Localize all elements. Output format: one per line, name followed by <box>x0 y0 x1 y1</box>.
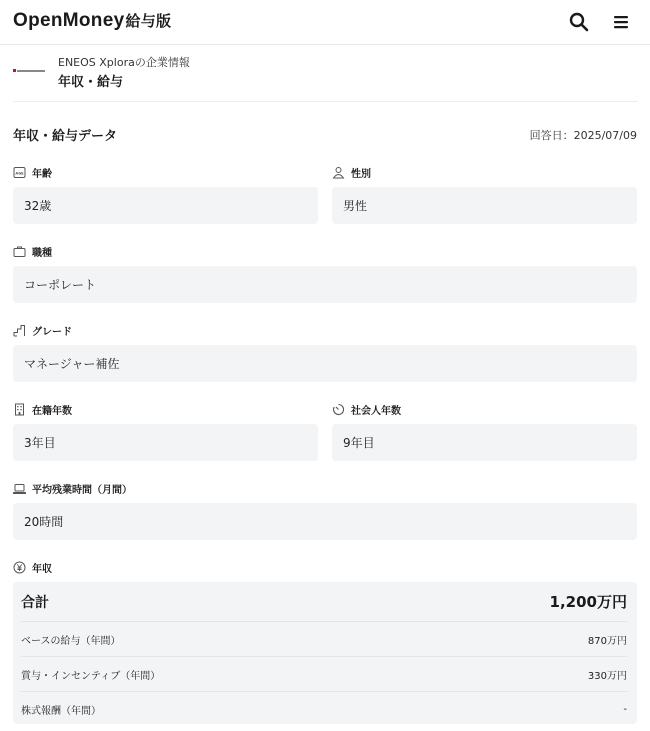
svg-text:AGE: AGE <box>15 171 24 175</box>
gender-value: 男性 <box>332 187 637 224</box>
overtime-label: 平均残業時間（月間） <box>13 481 132 495</box>
hamburger-menu-icon <box>609 10 633 34</box>
salary-breakdown-card: 合計 1,200万円 ベースの給与（年間） 870万円 賞与・インセンティブ（年… <box>13 582 637 724</box>
briefcase-icon <box>13 245 26 258</box>
job-type-value: コーポレート <box>13 266 637 303</box>
app-logo[interactable]: OpenMoney給与版 <box>13 10 171 32</box>
logo-sub-text: 給与版 <box>125 12 171 30</box>
career-years-value: 9年目 <box>332 424 637 461</box>
page-title: 年収・給与 <box>58 71 123 90</box>
yen-icon <box>13 561 26 574</box>
career-years-label: 社会人年数 <box>332 402 401 416</box>
salary-total-row: 合計 1,200万円 <box>21 582 627 622</box>
company-logo[interactable] <box>13 68 45 74</box>
laptop-icon <box>13 482 26 495</box>
salary-total-value: 1,200万円 <box>550 591 627 612</box>
app-header: OpenMoney給与版 <box>0 0 650 45</box>
age-badge-icon: AGE <box>13 166 26 179</box>
grade-label: グレード <box>13 323 72 337</box>
logo-main-text: OpenMoney <box>13 10 124 31</box>
section-title: 年収・給与データ <box>13 125 117 144</box>
company-header: ENEOS Xploraの企業情報 年収・給与 <box>13 46 638 102</box>
stairs-icon <box>13 324 26 337</box>
grade-value: マネージャー補佐 <box>13 345 637 382</box>
age-label: AGE 年齢 <box>13 165 52 179</box>
tenure-value: 3年目 <box>13 424 318 461</box>
job-type-label: 職種 <box>13 244 52 258</box>
age-value: 32歳 <box>13 187 318 224</box>
salary-row-bonus: 賞与・インセンティブ（年間） 330万円 <box>21 657 627 692</box>
salary-row-stock: 株式報酬（年間） - <box>21 692 627 727</box>
salary-label: 年収 <box>13 560 52 574</box>
search-button[interactable] <box>567 10 591 34</box>
building-icon <box>13 403 26 416</box>
timer-icon <box>332 403 345 416</box>
company-name-link[interactable]: ENEOS Xploraの企業情報 <box>58 54 190 70</box>
answer-date: 回答日：2025/07/09 <box>530 127 637 143</box>
person-icon <box>332 166 345 179</box>
overtime-value: 20時間 <box>13 503 637 540</box>
search-icon <box>567 10 591 34</box>
salary-row-base: ベースの給与（年間） 870万円 <box>21 622 627 657</box>
menu-button[interactable] <box>609 10 633 34</box>
tenure-label: 在籍年数 <box>13 402 72 416</box>
gender-label: 性別 <box>332 165 371 179</box>
salary-total-label: 合計 <box>21 592 49 612</box>
